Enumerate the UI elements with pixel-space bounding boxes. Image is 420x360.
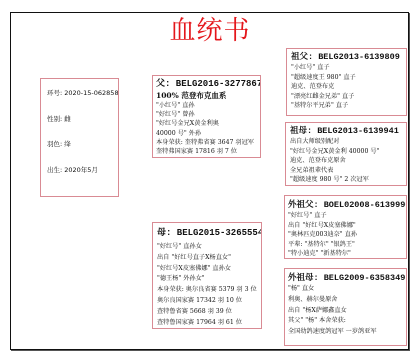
maternal-grandmother-heading: 外祖母: BELG2009-6358349 xyxy=(288,274,406,283)
maternal-grandfather-box: 外祖父: BOEL02008-6139996 "好红号" 直子 出自 "好红号X… xyxy=(284,195,407,259)
maternal-grandfather-line: "特小迪克" "新基特尔" xyxy=(288,251,406,257)
paternal-grandfather-line: "超级速度王 980" 直子 xyxy=(291,75,406,81)
mother-line: 出自 "好红号直子X杨直女" xyxy=(157,255,261,261)
maternal-grandmother-line: 其父" "杨" 本舍荣获: xyxy=(288,318,406,324)
mother-line: 本身荣获: 奥尔良省赛 5379 羽 3 位 xyxy=(157,287,261,293)
paternal-grandmother-box: 祖母: BELG2013-6139941 出自大师级别配对 "好红号金兄X黄金利… xyxy=(285,122,407,186)
father-line: "好红号" 曾孙 xyxy=(156,112,260,118)
father-line: 40000 号" 外孙 xyxy=(156,131,260,137)
paternal-grandmother-line: "超级速度 980 号" 2 次冠军 xyxy=(290,177,406,183)
paternal-grandfather-box: 祖父: BELG2013-6139809 "小红号" 直子 "超级速度王 980… xyxy=(286,48,407,116)
paternal-grandfather-line: 迪克、范登布克 xyxy=(291,84,406,90)
maternal-grandfather-line: "好红号" 直子 xyxy=(288,213,406,219)
ring-number: 环号: 2020-15-0628585 xyxy=(47,90,118,97)
paternal-grandmother-line: 出自大师级别配对 xyxy=(290,139,406,145)
paternal-grandfather-line: "小红号" 直子 xyxy=(291,65,406,71)
certificate-title: 血统书 xyxy=(0,10,420,47)
sex: 性别: 雌 xyxy=(47,116,118,123)
mother-line: "好红号X皮塞佛娜" 直孙女 xyxy=(157,266,261,272)
father-box: 父: BELG2016-3277867 100% 范登布克血系 "小红号" 直孙… xyxy=(152,75,261,158)
father-heading: 父: BELG2016-3277867 xyxy=(156,80,260,89)
father-line: "好红号金兄X黄金利奥 xyxy=(156,121,260,127)
mother-box: 母: BELG2015-3265554 "好红号" 直孙女 出自 "好红号直子X… xyxy=(152,222,262,329)
mother-line: "德王杨" 外孙女" xyxy=(157,276,261,282)
maternal-grandmother-line: "杨" 直女 xyxy=(288,286,406,292)
mother-heading: 母: BELG2015-3265554 xyxy=(157,229,261,238)
paternal-grandfather-line: "基特尔平兄弟" 直子 xyxy=(291,103,406,109)
paternal-grandfather-line: "漂亮红雌金兄弟" 直子 xyxy=(291,94,406,100)
father-line: "小红号" 直孙 xyxy=(156,103,260,109)
maternal-grandmother-line: 全国幼鸽速度鸽冠军 一岁鸽亚军 xyxy=(288,329,406,335)
feather-color: 羽色: 绛 xyxy=(47,141,118,148)
father-bloodline: 100% 范登布克血系 xyxy=(156,92,260,100)
paternal-grandmother-heading: 祖母: BELG2013-6139941 xyxy=(290,127,406,136)
maternal-grandfather-heading: 外祖父: BOEL02008-6139996 xyxy=(288,201,406,210)
father-line: 奎特弗国家赛 17816 羽 7 位 xyxy=(156,149,260,155)
mother-line: 奥尔良国家赛 17342 羽 10 位 xyxy=(157,298,261,304)
mother-line: 查特鲁省赛 5668 羽 39 位 xyxy=(157,309,261,315)
birth-date: 出生: 2020年5月 xyxy=(47,167,118,174)
father-line: 本身荣获: 奎特弗省赛 3647 羽冠军 xyxy=(156,140,260,146)
maternal-grandmother-line: 出自 "杨X萨娜鑫直女 xyxy=(288,308,406,314)
paternal-grandmother-line: "好红号金兄X黄金利 40000 号" xyxy=(290,149,406,155)
paternal-grandmother-line: 全兄弟祖辈代表 xyxy=(290,168,406,174)
paternal-grandfather-heading: 祖父: BELG2013-6139809 xyxy=(291,53,406,62)
mother-line: "好红号" 直孙女 xyxy=(157,244,261,250)
mother-line: 查特鲁国家赛 17964 羽 61 位 xyxy=(157,320,261,326)
self-info-box: 环号: 2020-15-0628585 性别: 雌 羽色: 绛 出生: 2020… xyxy=(40,78,119,197)
maternal-grandfather-line: 出自 "好红号X皮塞佛娜" xyxy=(288,223,406,229)
maternal-grandfather-line: "奥林匹克003迪奈" 直孙 xyxy=(288,232,406,238)
paternal-grandmother-line: 迪克、范登布克原舍 xyxy=(290,158,406,164)
maternal-grandfather-line: 平辈: "基特尔" "银鸽王" xyxy=(288,242,406,248)
maternal-grandmother-box: 外祖母: BELG2009-6358349 "杨" 直女 利奥、赫尔曼原舍 出自… xyxy=(284,268,407,346)
maternal-grandmother-line: 利奥、赫尔曼原舍 xyxy=(288,297,406,303)
